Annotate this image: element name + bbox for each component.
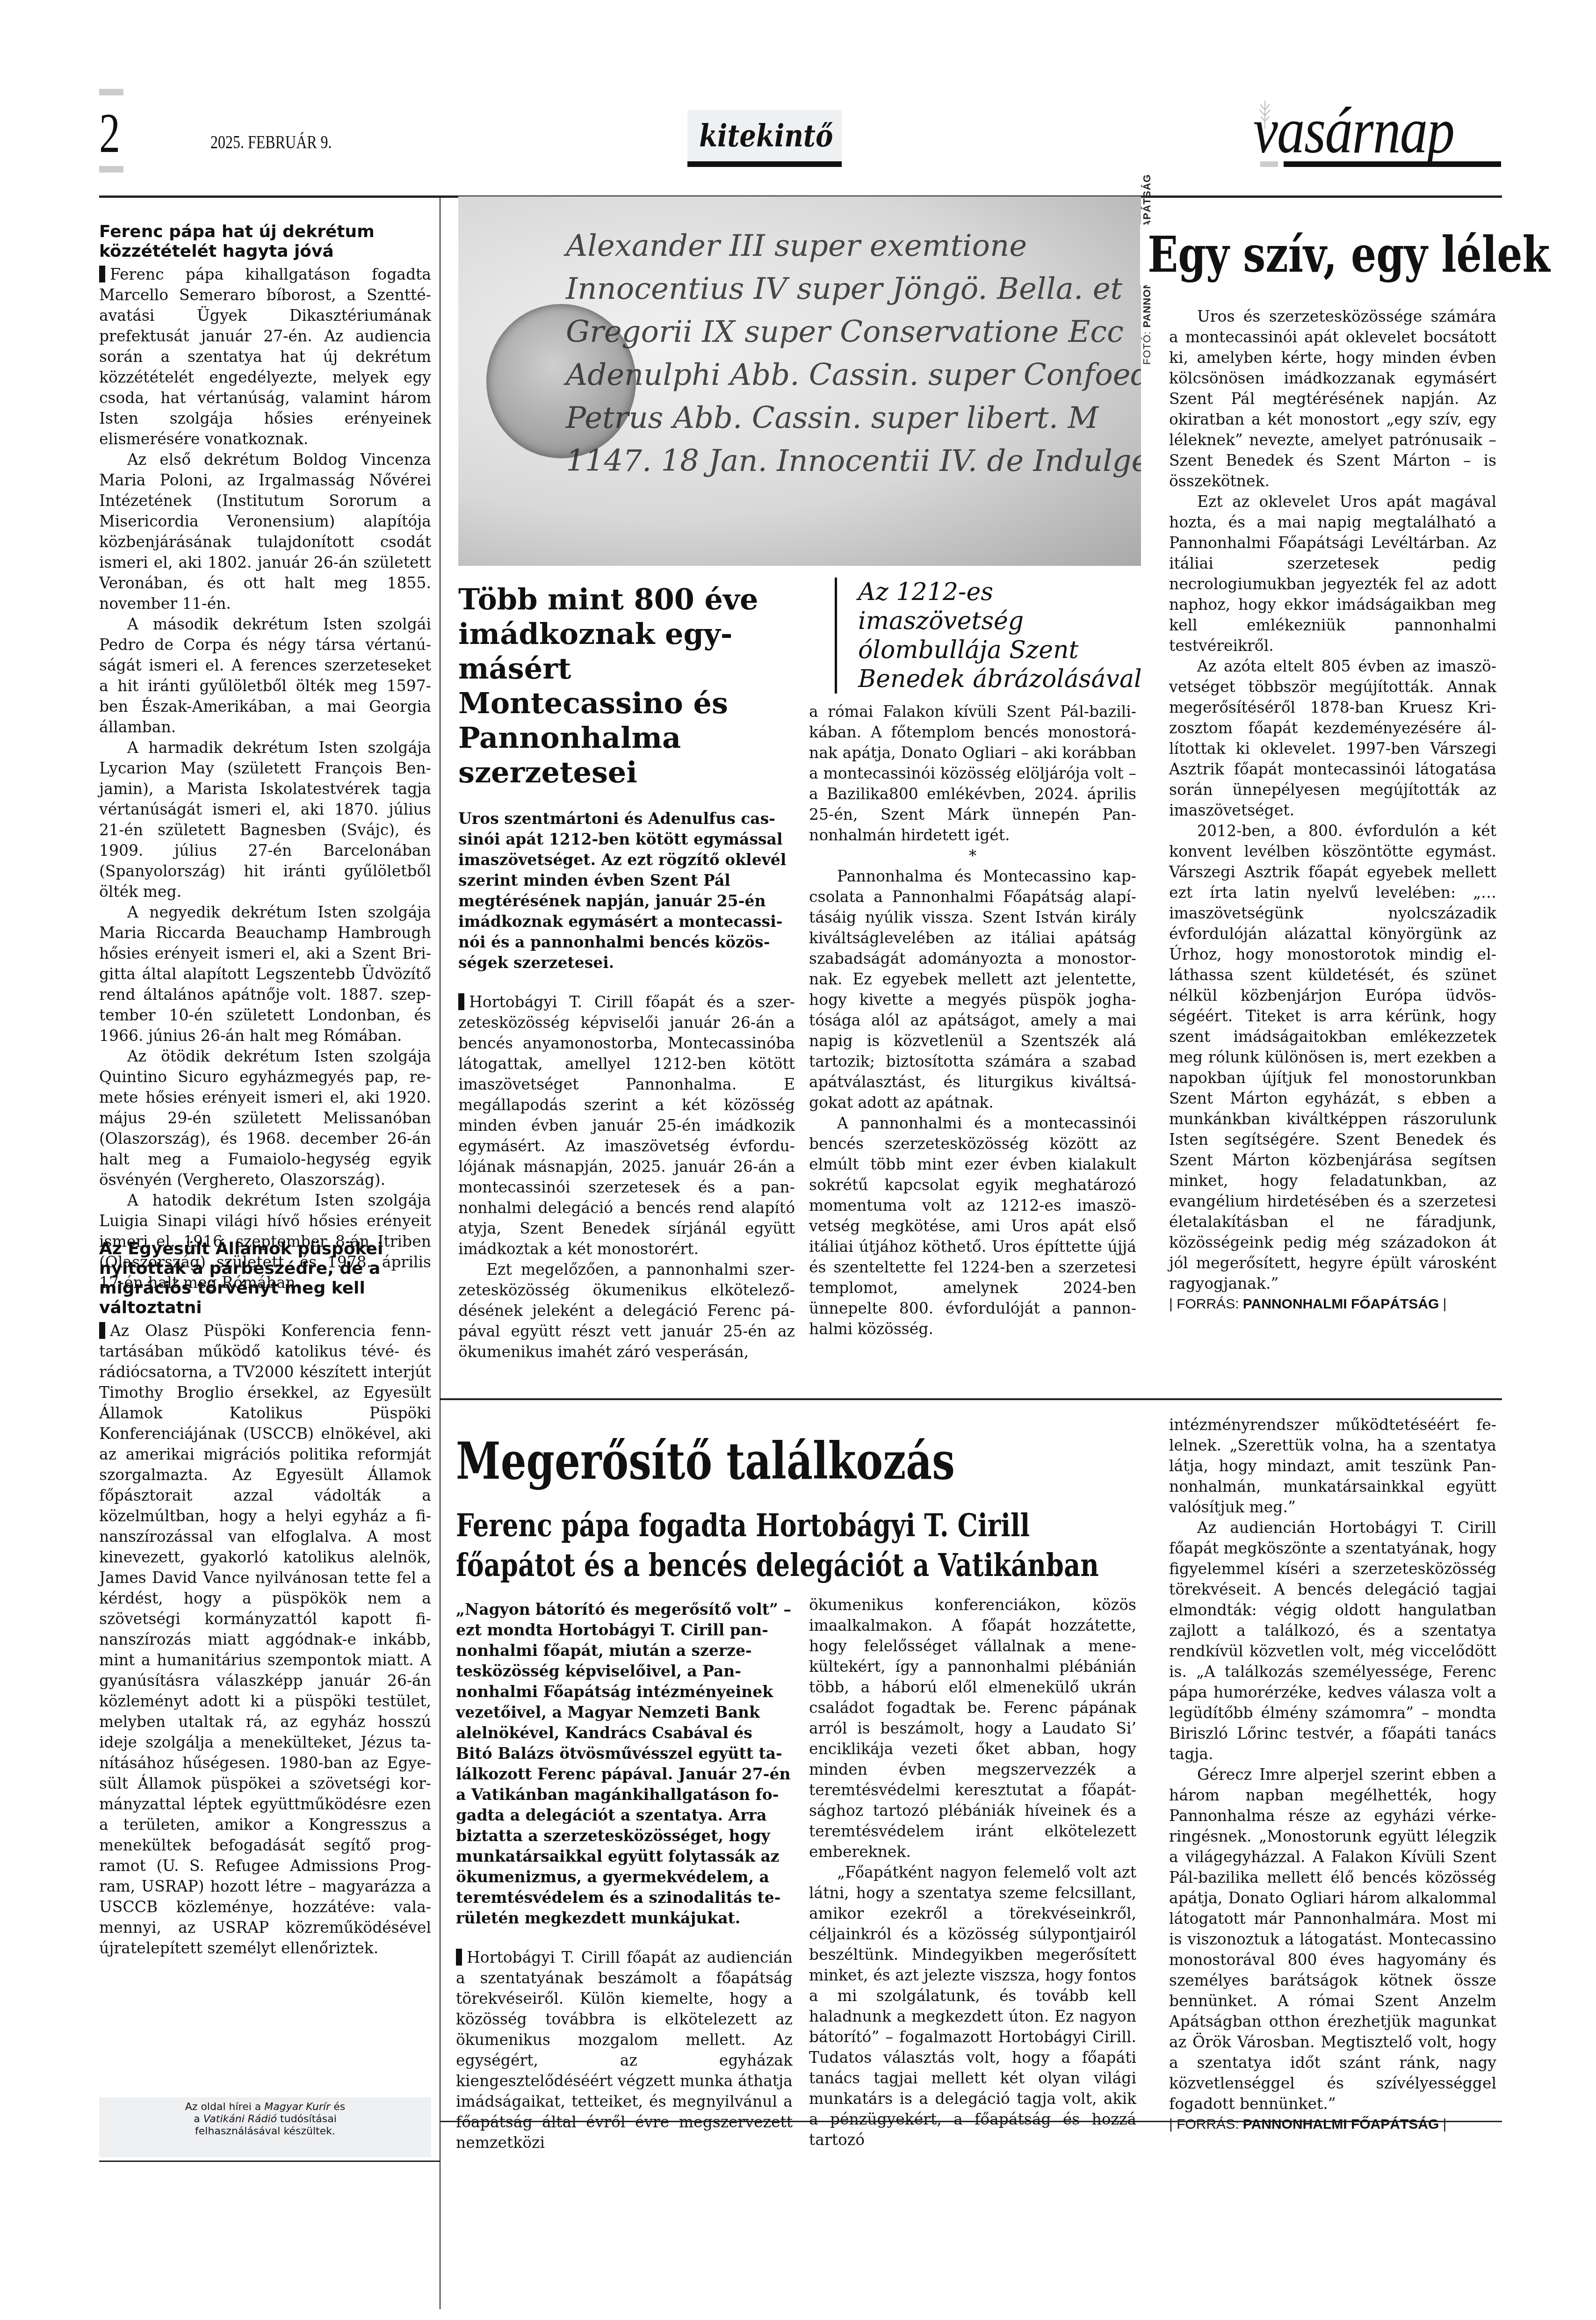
- feature-article-col2: a római Falakon kívüli Szent Pál-bazili­…: [809, 701, 1136, 1339]
- lead-marker: [456, 1949, 462, 1966]
- article-paragraph: Hortobágyi T. Cirill főapát és a szer­ze…: [458, 993, 795, 1258]
- bottom-headline: Megerősítő találkozás: [456, 1433, 955, 1489]
- brief-paragraph: Az első dekrétum Boldog Vincen­za Maria …: [99, 449, 431, 614]
- brief-paragraph: Az Olasz Püspöki Konferencia fenn­tartás…: [99, 1322, 431, 1957]
- feature-article-col1: Több mint 800 éve imádkoznak egy­másért …: [458, 582, 795, 1362]
- article-paragraph: Az azóta eltelt 805 évben az imaszö­vets…: [1169, 656, 1496, 821]
- page-number: 2: [99, 105, 120, 161]
- brief-paragraph: A negyedik dekrétum Isten szolgája Maria…: [99, 902, 431, 1046]
- article-paragraph: „Főapátként nagyon felemelő volt azt lát…: [809, 1862, 1136, 2150]
- bottom-article-col2: ökumenikus konferenciákon, közös imaalka…: [809, 1595, 1136, 2150]
- bottom-subheadline-2: főapátot és a bencés delegációt a Vatiká…: [456, 1546, 1099, 1585]
- section-label: kitekintő: [687, 110, 842, 167]
- brand-bar-accent: [1260, 161, 1278, 167]
- article-paragraph: Gérecz Imre alperjel szerint ebben a hár…: [1169, 1764, 1496, 2114]
- page-number-bar-bottom: [99, 166, 123, 173]
- article-paragraph: Az audiencián Hortobágyi T. Cirill főapá…: [1169, 1518, 1496, 1764]
- left-bottom-rule: [99, 2161, 440, 2162]
- lead-marker: [458, 993, 464, 1010]
- brief-title: Ferenc pápa hat új dekrétum közzétételét…: [99, 222, 431, 261]
- lead-marker: [99, 266, 105, 282]
- article-lead: „Nagyon bátorító és megerősítő volt” – e…: [456, 1599, 793, 1929]
- bottom-article-col1: „Nagyon bátorító és megerősítő volt” – e…: [456, 1599, 793, 2153]
- brand-bar: [1284, 161, 1501, 167]
- article-paragraph: a római Falakon kívüli Szent Pál-bazili­…: [809, 701, 1136, 846]
- credit-text: Az oldal hírei a: [185, 2101, 264, 2113]
- credit-text: felhasználásával készültek.: [99, 2125, 431, 2138]
- column-rule-left: [440, 195, 441, 2309]
- page-number-bar-top: [99, 89, 123, 95]
- brief-paragraph: Az ötödik dekrétum Isten szolgája Quinti…: [99, 1046, 431, 1190]
- feature-divider: [440, 1398, 1502, 1400]
- article-paragraph: 2012-ben, a 800. évfordulón a két konven…: [1169, 821, 1496, 1294]
- brief-paragraph: A harmadik dekrétum Isten szolgája Lycar…: [99, 737, 431, 902]
- credit-source-name: Magyar Kurír: [264, 2101, 330, 2113]
- article-paragraph: intézményrendszer működtetéséért fe­leln…: [1169, 1415, 1496, 1518]
- article-paragraph: Uros és szerzetesközössége számá­ra a mo…: [1169, 306, 1496, 491]
- photo-caption-pullquote: Az 1212-es imaszövetség ólombullája Szen…: [835, 578, 1157, 694]
- feature-headline: Egy szív, egy lélek: [1140, 224, 1498, 285]
- brief-paragraph: Ferenc pápa kihallgatáson fogadta Marcel…: [99, 265, 431, 448]
- bottom-subheadline-1: Ferenc pápa fogadta Hortobágyi T. Cirill: [456, 1506, 1030, 1545]
- credit-source-name: Vatikáni Rádió: [203, 2113, 277, 2125]
- issue-date: 2025. FEBRUÁR 9.: [210, 131, 332, 153]
- brief-article-decrees: Ferenc pápa hat új dekrétum közzétételét…: [99, 222, 431, 1293]
- credit-text: és: [330, 2101, 345, 2113]
- brand-logo: vasárnap: [1253, 98, 1454, 164]
- article-paragraph: Pannonhalma és Montecassino kap­csolata …: [809, 866, 1136, 1113]
- article-title: Több mint 800 éve imádkoznak egy­másért …: [458, 582, 795, 790]
- source-credit: | FORRÁS: PANNONHALMI FŐAPÁTSÁG |: [1169, 2114, 1496, 2135]
- charter-photo: Alexander III super exemtioneInnocentius…: [458, 196, 1141, 566]
- bottom-article-col3: intézményrendszer működtetéséért fe­leln…: [1169, 1415, 1496, 2135]
- credit-text: a: [194, 2113, 203, 2125]
- source-credit: | FORRÁS: PANNONHALMI FŐAPÁTSÁG |: [1169, 1294, 1496, 1315]
- brief-title: Az Egyesült Államok püspökei nyitottak a…: [99, 1239, 431, 1318]
- brief-paragraph: A második dekrétum Isten szolgái Pedro d…: [99, 614, 431, 737]
- article-paragraph: ökumenikus konferenciákon, közös imaalka…: [809, 1595, 1136, 1862]
- sources-credit-box: Az oldal hírei a Magyar Kurír és a Vatik…: [99, 2097, 431, 2157]
- brief-article-us-bishops: Az Egyesült Államok püspökei nyitottak a…: [99, 1239, 431, 1959]
- manuscript-text: Alexander III super exemtioneInnocentius…: [566, 224, 1141, 483]
- section-separator: *: [809, 846, 1136, 866]
- credit-text: tudósításai: [277, 2113, 337, 2125]
- lead-marker: [99, 1322, 105, 1339]
- page-bottom-rule: [440, 2121, 1502, 2122]
- article-paragraph: A pannonhalmi és a montecassinói bencés …: [809, 1113, 1136, 1339]
- article-paragraph: Ezt az oklevelet Uros apát magá­val hozt…: [1169, 491, 1496, 656]
- section-label-text: kitekintő: [699, 110, 833, 161]
- article-lead: Uros szentmártoni és Adenulfus cas­sinói…: [458, 809, 795, 973]
- feature-article-col3: Uros és szerzetesközössége számá­ra a mo…: [1169, 306, 1496, 1315]
- article-paragraph: Ezt megelőzően, a pannonhalmi szer­zetes…: [458, 1259, 795, 1362]
